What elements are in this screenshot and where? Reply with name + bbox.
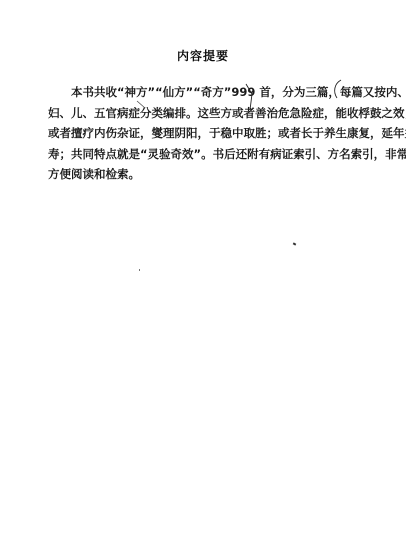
section-title: 内容提要 <box>0 47 406 64</box>
paragraph-line-4: 寿；共同特点就是“灵验奇效”。书后还附有病证索引、方名索引，非常 <box>48 144 384 165</box>
paragraph-line-3: 或者擅疗内伤杂证，燮理阴阳，于稳中取胜；或者长于养生康复，延年益 <box>48 123 384 144</box>
paragraph-line-5: 方便阅读和检索。 <box>48 164 384 185</box>
summary-paragraph: 本书共收“神方”“仙方”“奇方”999 首，分为三篇，每篇又按内、外、 妇、儿、… <box>48 82 384 185</box>
paragraph-line-1: 本书共收“神方”“仙方”“奇方”999 首，分为三篇，每篇又按内、外、 <box>48 82 384 103</box>
scan-speck <box>139 269 140 271</box>
paragraph-line-2: 妇、儿、五官病症分类编排。这些方或者善治危急险症，能收桴鼓之效； <box>48 103 384 124</box>
scan-speck <box>293 242 297 245</box>
scanned-page: 内容提要 本书共收“神方”“仙方”“奇方”999 首，分为三篇，每篇又按内、外、… <box>0 0 406 559</box>
